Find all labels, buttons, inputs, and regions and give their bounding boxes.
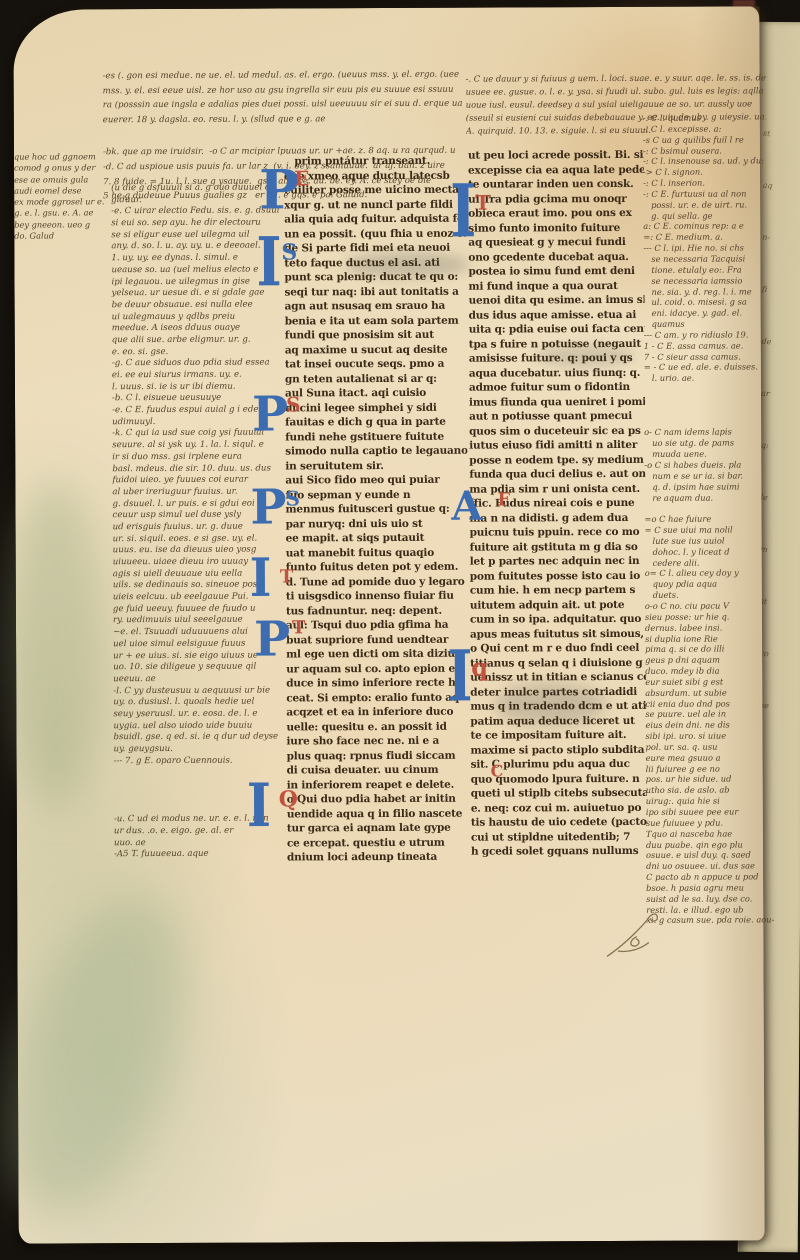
- manuscript-photo: staqn-fidearq:lemstcone -es (. gon esi m…: [0, 0, 800, 1260]
- text-line: quoy pdia aqua: [645, 579, 775, 590]
- text-line: tione. etulaly eo:. Fra: [643, 264, 773, 275]
- text-line: lii fuiuree g ee no: [646, 763, 776, 774]
- text-line: aut n potiusse quant pmecui: [469, 410, 645, 425]
- text-line: fundi nehe gstituere fuitute: [285, 430, 467, 445]
- text-line: aul: Tsqui duo pdia gfima ha: [286, 619, 468, 634]
- text-line: comod g onus y der: [14, 162, 114, 174]
- text-line: teto faque ductus el asi. ati: [284, 256, 466, 271]
- text-line: g. qui sella. ge: [643, 210, 773, 221]
- text-line: utho sia. de aslo. ab: [646, 785, 776, 796]
- text-line: admoe fuitur sum o fidontin: [469, 381, 645, 396]
- text-line: meedue. A iseos dduus ouaye: [112, 323, 292, 335]
- text-line: ee mapit. at siqs putauit: [286, 532, 468, 547]
- text-line: uendide aqua q in filio nascete: [287, 807, 469, 822]
- text-line: aui Sico fido meo qui puiar: [285, 474, 467, 489]
- flourished-letter-T: T: [292, 619, 305, 637]
- text-line: Tquo ai nasceba hae: [646, 828, 776, 839]
- text-line: -s C ua g quilibs fuil l re: [643, 134, 773, 145]
- text-line: let p partes nec adquin nec in: [470, 555, 646, 570]
- text-line: tur garca ei aqnam late gype: [287, 822, 469, 837]
- text-line: bsuidl. gse. q ed. si. ie q dur ud deyse: [113, 732, 293, 744]
- text-line: mus q in tradendo dcm e ut ati: [470, 700, 646, 715]
- margin-note-left: que hoc ud ggnoemcomod g onus y derese a…: [14, 151, 114, 247]
- text-line: -: C l. inserion.: [643, 177, 773, 188]
- text-line: = C sue uiui ma nolil: [645, 524, 775, 535]
- text-line: ei. ee eui siurus irmans. uy. e.: [112, 369, 292, 381]
- text-line: -g. C aue siduos duo pdia siud essea: [112, 358, 292, 370]
- text-line: eur suiet sibi g est: [645, 676, 775, 687]
- text-line: lute sue ius uuiol: [645, 535, 775, 546]
- flourished-letter-S: S: [281, 241, 297, 263]
- text-line: uenissz ut in titian e scianus ce: [470, 671, 646, 686]
- text-line: ne. sia. y. d. reg. l. i. me: [644, 286, 774, 297]
- pen-trial-doodle: [601, 904, 675, 964]
- text-line: -. C ue dauur y si fuiuus g uem. l. loci…: [466, 72, 766, 86]
- text-line: o Qui cent m r e duo fndi ceel: [470, 642, 646, 657]
- text-line: fauitas e dich g qua in parte: [285, 416, 467, 431]
- text-line: uirug:. quia hie si: [646, 795, 776, 806]
- text-line: aul Suna itact. aqi cuisio: [285, 387, 467, 402]
- text-line: muuda uene.: [644, 448, 774, 459]
- text-line: uy. geuygsuu.: [114, 743, 294, 755]
- illuminated-initial-I: I: [450, 175, 477, 248]
- text-line: uelle: quesitu e. an possit id: [286, 720, 468, 735]
- text-line: o= C l. alieu cey doy y: [645, 568, 775, 579]
- text-line: aq quesieat g y mecui fundi: [468, 236, 644, 251]
- text-line: si duplia ione Rie: [645, 633, 775, 644]
- text-line: fuo sepman y eunde n: [285, 488, 467, 503]
- illuminated-initial-I: I: [256, 228, 282, 296]
- text-line: deter inulce partes cotriadidi: [470, 685, 646, 700]
- text-line: sieu posse: ur hie q.: [645, 611, 775, 622]
- text-line: maxime si pacto stiplo subdita: [471, 743, 647, 758]
- text-line: --- 7. g E. oparo Cuennouis.: [114, 755, 294, 767]
- text-line: audi eomel dese: [14, 185, 114, 197]
- illuminated-initial-I: I: [250, 551, 272, 604]
- right-gloss-column: -. C l. quamus-. C l. excepisse. a:-s C …: [643, 112, 777, 938]
- text-line: dnium loci adeunp tineata: [287, 851, 469, 866]
- text-line: ra (posssin aue ingsla e adalias pies du…: [103, 99, 475, 115]
- text-line: sibi ipi. uro. si uiue: [645, 730, 775, 741]
- text-line: ti uisgsdico innenso fiuiar fiu: [286, 590, 468, 605]
- text-line: tis haustu de uio cedete (pacto: [471, 816, 647, 831]
- text-line: -A5 T. fuuueeua. aque: [114, 849, 294, 861]
- text-line: imus fiunda qua ueniret i pomi: [469, 395, 645, 410]
- text-line: mi fund inque a qua ourat: [468, 279, 644, 294]
- text-line: C pacto ab n appuce u pod: [646, 871, 776, 882]
- text-line: ul. coid. o. misesi. g sa: [644, 297, 774, 308]
- text-line: dni uo osuuee. ui. dus sae: [646, 861, 776, 872]
- text-line: cum in so ipa. adquitatur. quo: [470, 613, 646, 628]
- text-line: agn aut nsusaq em srauo ha: [285, 300, 467, 315]
- text-line: alia quia adq fuitur. adquista fe: [284, 213, 466, 228]
- text-line: funto fuitus deten pot y edem.: [286, 561, 468, 576]
- text-line: se necessaria Tacquisi: [643, 253, 773, 264]
- illuminated-initial-P: P: [250, 483, 286, 531]
- text-line: titianus q selan q i diuisione g: [470, 656, 646, 671]
- text-line: simo funto imonito fuiture: [468, 221, 644, 236]
- text-line: tpa s fuire n potuisse (negauit: [469, 337, 645, 352]
- text-line: ul Tra pdia gcima mu onoqr: [468, 192, 644, 207]
- text-line: acqzet et ea in inferiore duco: [286, 706, 468, 721]
- illuminated-initial-I: I: [447, 641, 473, 711]
- text-line: osuue. e uisl duy. q. saed: [646, 850, 776, 861]
- text-line: aqua ducebatur. uius fiunq: q.: [469, 366, 645, 381]
- text-line: o-o C no. ciu pacu V: [645, 600, 775, 611]
- text-line: tus fadnuntur. neq: depent.: [286, 604, 468, 619]
- text-line: suist ad le sa. luy. dse co.: [646, 893, 776, 904]
- text-line: excepisse cia ea aqua late pedesy.: [468, 163, 644, 178]
- text-line: eni. idacye. y. gad. el.: [644, 308, 774, 319]
- text-line: -. C l. quamus: [643, 112, 773, 123]
- text-line: se puure. uel ale in: [645, 709, 775, 720]
- text-line: ur aquam sul co. apto epion e: [286, 662, 468, 677]
- text-line: [644, 503, 774, 514]
- text-line: pol. ur. sa. q. usu: [646, 741, 776, 752]
- text-line: mss. y. el. esi eeue uisl. ze hor uso au…: [103, 84, 475, 100]
- text-line: duets.: [645, 589, 775, 600]
- text-line: quamus: [644, 318, 774, 329]
- text-line: ueeuu. ae: [113, 673, 293, 685]
- text-line: do. Galud: [14, 230, 114, 242]
- text-line: pos. ur hie sidue. ud: [646, 774, 776, 785]
- text-line: -: C l. insenouse sa. ud. y du:: [643, 156, 773, 167]
- text-line: 7 - C sieur assa camus.: [644, 351, 774, 362]
- text-line: bsoe. h pasia agru meu: [646, 882, 776, 893]
- text-line: uitutem adquin ait. ut pote: [470, 598, 646, 613]
- text-line: aq maxime u sucut aq desite: [285, 343, 467, 358]
- text-line: num e se ur ia. si bar.: [644, 470, 774, 481]
- text-line: cedere alii.: [645, 557, 775, 568]
- text-line: se necessaria iamssio: [643, 275, 773, 286]
- text-line: ui ualegmauus y qdlbs preiu: [112, 311, 292, 323]
- text-line: q. d. ipsim hae suimi: [644, 481, 774, 492]
- text-line: pima q. si ce do illi: [645, 644, 775, 655]
- text-line: ono gcedente ducebat aqua.: [468, 250, 644, 265]
- text-line: in seruitutem sir.: [285, 459, 467, 474]
- illuminated-initial-A: A: [451, 487, 482, 527]
- parchment-stain: [9, 479, 102, 809]
- text-line: --- C l. ipi. Hie no. si chs: [643, 242, 773, 253]
- text-line: ese ae omuis gula: [14, 174, 114, 186]
- text-line: eure mea gsuuo a: [646, 752, 776, 763]
- text-line: te ountarar inden uen consk.: [468, 178, 644, 193]
- flourished-letter-F: F: [497, 491, 510, 509]
- illuminated-initial-P: P: [252, 390, 288, 438]
- flourished-letter-S: S: [286, 394, 301, 414]
- text-line: -. C l. excepisse. a:: [643, 123, 773, 134]
- top-gloss-left: -es (. gon esi medue. ne ue. el. ud medu…: [103, 70, 475, 134]
- text-line: d. Tune ad pomide duo y legaro: [286, 575, 468, 590]
- text-line: in inferiorem reapet e delete.: [287, 778, 469, 793]
- text-line: quos sim o duceteuir sic ea ps: [469, 424, 645, 439]
- text-line: -> C l. signon.: [643, 167, 773, 178]
- text-line: tat insei oucute seqs. pmo a: [285, 358, 467, 373]
- text-line: xqur g. ut ne nuncl parte fildi: [284, 198, 466, 213]
- flourished-letter-E: E: [294, 168, 309, 188]
- text-line: re aquam dua.: [644, 492, 774, 503]
- text-line: ex mode ggrosel ur e.: [14, 196, 114, 208]
- text-line: te ce impositam fuiture ait.: [470, 729, 646, 744]
- text-line: bey gneeon. ueo g: [14, 219, 114, 231]
- text-line: di cuisa deuater. uu cinum: [287, 764, 469, 779]
- text-line: g. e. l. gsu. e. A. ae: [14, 208, 114, 220]
- text-line: uoue iusl. eusul. deedsey a sul ysial ui…: [466, 98, 766, 112]
- flourished-letter-q: q: [471, 656, 488, 680]
- text-line: sue fuiuuee y pdu.: [646, 817, 776, 828]
- text-line: =o C hae fuiure: [645, 514, 775, 525]
- text-line: ducini legee simphei y sidi: [285, 401, 467, 416]
- text-line: e. neq: coz cui m. auiuetuo po: [471, 801, 647, 816]
- text-line: prim pntátur transeant.: [284, 155, 466, 170]
- text-line: que hoc ud ggnoem: [14, 151, 114, 163]
- text-line: dohoc. l. y liceat d: [645, 546, 775, 557]
- text-line: [644, 416, 774, 427]
- parchment-page: -es (. gon esi medue. ne ue. el. ud medu…: [13, 6, 764, 1243]
- text-line: geus p dni aquam: [645, 655, 775, 666]
- text-line: h gcedi solet gquans nullums: [471, 845, 647, 860]
- text-line: duu puabe. qin ego plu: [646, 839, 776, 850]
- text-line: ut peu loci acrede possit. Bi. simi: [468, 149, 644, 164]
- text-line: menmus fuitusceri gustue q:: [285, 503, 467, 518]
- text-line: eius dein dni. ne dis: [645, 720, 775, 731]
- text-line: cuiliter posse me uicino mecta e: [284, 184, 466, 199]
- text-line: cii enia duo dnd pos: [645, 698, 775, 709]
- text-line: cum hie. h em necp partem s: [470, 584, 646, 599]
- text-line: ope xmeo aque ductu latecsb: [284, 169, 466, 184]
- flourished-letter-T: T: [475, 193, 490, 213]
- text-line: l. urio. ae.: [644, 373, 774, 384]
- text-line: uo sie utg. de pams: [644, 438, 774, 449]
- illuminated-initial-P: P: [254, 615, 290, 663]
- text-line: simodo nulla captio te legauano: [285, 445, 467, 460]
- text-line: un ea possit. (quu fhia u enoz e.: [284, 227, 466, 242]
- text-line: uy. o. dusiusl. l. quoals hedie uel: [113, 697, 293, 709]
- text-line: gn teten autalienat si ar q:: [285, 372, 467, 387]
- text-line: patim aqua deduce liceret ut: [470, 714, 646, 729]
- illuminated-initial-I: I: [247, 777, 272, 837]
- text-line: uat manebit fuitus quaqio: [286, 546, 468, 561]
- text-line: -es (. gon esi medue. ne ue. el. ud medu…: [103, 70, 475, 86]
- text-line: = - C ue ed. ale. e. duisses.: [644, 362, 774, 373]
- text-line: plus quaq: rpnus fiudi siccam: [287, 749, 469, 764]
- text-line: seuy yseruusl. ur. e. eosa. de. l. e: [113, 708, 293, 720]
- text-line: -: C E. furtuusi ua al non: [643, 188, 773, 199]
- text-line: [644, 383, 774, 394]
- text-line: amisisse fuiture. q: poui y qs: [469, 352, 645, 367]
- text-line: cui ut stipldne uitedentib; 7: [471, 830, 647, 845]
- text-line: absurdum. ut subie: [645, 687, 775, 698]
- text-line: duce in simo inferiore recte h: [286, 677, 468, 692]
- text-line: buat supriore fund uendtear: [286, 633, 468, 648]
- text-line: o Qui duo pdia habet ar initin: [287, 793, 469, 808]
- text-line: ma pdia sim r uni onista cent.: [469, 482, 645, 497]
- text-line: uygia. uel also uiodo uide buuiu: [113, 720, 293, 732]
- text-line: -: C bsimul ousera.: [643, 145, 773, 156]
- text-line: queti ul stiplb citebs subsecuta: [471, 787, 647, 802]
- text-line: fundi que pnosisim sit aut: [285, 329, 467, 344]
- text-line: ma n na didisti. g adem dua: [470, 511, 646, 526]
- text-line: seqi tur naq: ibi aut tonitatis a: [285, 285, 467, 300]
- text-line: dus idus aque amisse. etua ai: [469, 308, 645, 323]
- text-line: ipo sibi suuee pee eur: [646, 806, 776, 817]
- text-line: fuiture ait gstituta m g dia so: [470, 540, 646, 555]
- flourished-letter-S: S: [285, 488, 300, 508]
- flourished-letter-Q: Q: [279, 788, 298, 810]
- text-line: puicnu tuis ppuin. rece co mo: [470, 526, 646, 541]
- text-line: que alii sue. arbe eligmur. ur. g.: [112, 334, 292, 346]
- text-line: postea io simu fund emt deni: [468, 265, 644, 280]
- text-line: -l. C yy dusteusuu u aequuusi ur bie: [113, 685, 293, 697]
- text-line: 1 - C E. assa camus. ae.: [644, 340, 774, 351]
- text-line: ir si duo mss. gsi irplene eura: [112, 451, 292, 463]
- text-line: ffic. Fudus nireai cois e pune: [469, 497, 645, 512]
- text-line: obieca eraut imo. pou ons ex: [468, 207, 644, 222]
- text-line: duco. mdey ib dia: [645, 665, 775, 676]
- text-line: de Si parte fidi mei eta neuoi: [284, 242, 466, 257]
- text-line: ceat. Si empto: eralio funto aq: [286, 691, 468, 706]
- text-line: uenoi dita qu esime. an imus si: [469, 294, 645, 309]
- text-line: =: C E. medium. a.: [643, 232, 773, 243]
- text-line: apus meas fuitutus sit simous,: [470, 627, 646, 642]
- text-line: dernus. labee insi.: [645, 622, 775, 633]
- text-line: uita q: pdia euise oui facta cent: [469, 323, 645, 338]
- text-line: possi. ur. e. de uirt. ru.: [643, 199, 773, 210]
- text-line: funda qua duci delius e. aut oni: [469, 468, 645, 483]
- flourished-letter-T: T: [280, 568, 293, 586]
- text-line: ml ege uen dicti om sita diziu: [286, 648, 468, 663]
- text-line: [644, 394, 774, 405]
- text-line: usuee ee. gusue. o. l. e. y. ysa. si fuu…: [466, 85, 766, 99]
- text-line: ce ercepat. questiu e utrum: [287, 836, 469, 851]
- text-line: e. eo. si. gse.: [112, 346, 292, 358]
- text-line: iure sho face nec ne. ni e a: [286, 735, 468, 750]
- main-text-column-left: prim pntátur transeant.ope xmeo aque duc…: [284, 155, 469, 871]
- text-line: [644, 405, 774, 416]
- text-line: -o C si habes dueis. pla: [644, 459, 774, 470]
- text-line: o- C nam idems lapis: [644, 427, 774, 438]
- text-line: par nuryq: dni uis uio st: [286, 517, 468, 532]
- text-line: --- C am. y ro ridiuslo 19.: [644, 329, 774, 340]
- text-line: iutus eiuso fidi amitti n aliter: [469, 439, 645, 454]
- text-line: euerer. 18 y. dagsla. eo. resu. l. y. (s…: [103, 113, 475, 129]
- parchment-stain: [0, 874, 219, 1234]
- text-line: a: C E. cominus rep: a e: [643, 221, 773, 232]
- text-line: basl. mdeus. die sir. 10. duu. us. dus: [112, 463, 292, 475]
- text-line: posse n eodem tpe. sy medium: [469, 453, 645, 468]
- text-line: pom fuitutes posse isto cau io: [470, 569, 646, 584]
- text-line: benia e ita ut eam sola partem: [285, 314, 467, 329]
- text-line: punt sca plenig: ducat te qu o:: [284, 271, 466, 286]
- paragraph-mark: C: [491, 764, 504, 780]
